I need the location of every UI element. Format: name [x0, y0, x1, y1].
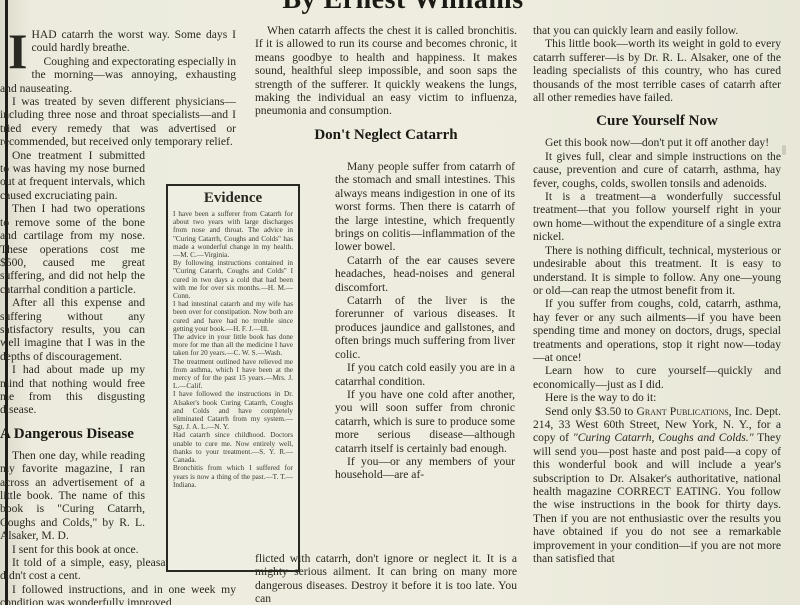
paragraph: Many people suffer from catarrh of the s…: [335, 160, 515, 254]
paragraph: Coughing and expectorating especially in…: [0, 55, 236, 95]
subhead-dangerous-disease: A Dangerous Disease: [0, 425, 145, 443]
paragraph: This little book—worth its weight in gol…: [533, 37, 781, 104]
paragraph: Learn how to cure yourself—quickly and e…: [533, 364, 781, 391]
paragraph: Then one day, while reading my favorite …: [0, 449, 145, 543]
paragraph: Catarrh of the ear causes severe headach…: [335, 254, 515, 294]
paragraph: Here is the way to do it:: [533, 391, 781, 404]
paragraph: Get this book now—don't put it off anoth…: [533, 136, 781, 149]
paragraph: Catarrh of the liver is the forerunner o…: [335, 294, 515, 361]
testimonial: By following instructions contained in "…: [173, 259, 293, 300]
paragraph: There is nothing difficult, technical, m…: [533, 244, 781, 298]
testimonial: The treatment outlined have relieved me …: [173, 358, 293, 391]
intro-paragraph: HAD catarrh the worst way. Some days I c…: [0, 28, 236, 55]
paragraph: If you have one cold after another, you …: [335, 388, 515, 455]
paragraph: If you catch cold easily you are in a ca…: [335, 361, 515, 388]
paragraph: After all this expense and suffering wit…: [0, 296, 145, 363]
column-2-continuation: flicted with catarrh, don't ignore or ne…: [255, 552, 517, 605]
paragraph: that you can quickly learn and easily fo…: [533, 24, 781, 37]
paragraph: One treatment I submitted to was having …: [0, 149, 145, 203]
paragraph: I was treated by seven different physici…: [0, 95, 236, 149]
testimonial: The advice in your little book has done …: [173, 333, 293, 358]
paragraph: I followed instructions, and in one week…: [0, 583, 236, 605]
publisher-name: Grant Publications: [636, 405, 728, 418]
testimonial: I have been a sufferer from Catarrh for …: [173, 210, 293, 259]
evidence-title: Evidence: [173, 190, 293, 207]
testimonial: I have followed the instructions in Dr. …: [173, 390, 293, 431]
column-2-intro: When catarrh affects the chest it is cal…: [255, 24, 517, 150]
drop-cap: I: [8, 30, 27, 72]
paragraph: I sent for this book at once.: [0, 543, 145, 556]
paragraph: If you suffer from coughs, cold, catarrh…: [533, 297, 781, 364]
order-paragraph: Send only $3.50 to Grant Publications, I…: [533, 405, 781, 566]
paragraph: If you—or any members of your household—…: [335, 455, 515, 482]
subhead-dont-neglect: Don't Neglect Catarrh: [255, 126, 517, 144]
paragraph: It is a treatment—a wonderfully successf…: [533, 190, 781, 244]
testimonial: I had intestinal catarrh and my wife has…: [173, 300, 293, 333]
column-2-body: Many people suffer from catarrh of the s…: [335, 160, 515, 482]
magazine-page: By Ernest Williams I HAD catarrh the wor…: [0, 0, 800, 605]
paragraph: Then I had two operations to remove some…: [0, 202, 145, 296]
paper-blemish: [782, 145, 786, 155]
column-3: that you can quickly learn and easily fo…: [533, 24, 781, 565]
testimonial: Had catarrh since childhood. Doctors una…: [173, 431, 293, 464]
paragraph: I had about made up my mind that nothing…: [0, 363, 145, 417]
article-byline: By Ernest Williams: [268, 0, 538, 16]
paragraph: flicted with catarrh, don't ignore or ne…: [255, 552, 517, 605]
evidence-box: Evidence I have been a sufferer from Cat…: [166, 184, 300, 572]
subhead-cure-yourself: Cure Yourself Now: [533, 112, 781, 130]
paragraph: It gives full, clear and simple instruct…: [533, 150, 781, 190]
book-title: "Curing Catarrh, Coughs and Colds.": [573, 431, 754, 444]
testimonial: Bronchitis from which I suffered for yea…: [173, 464, 293, 489]
paragraph: When catarrh affects the chest it is cal…: [255, 24, 517, 118]
